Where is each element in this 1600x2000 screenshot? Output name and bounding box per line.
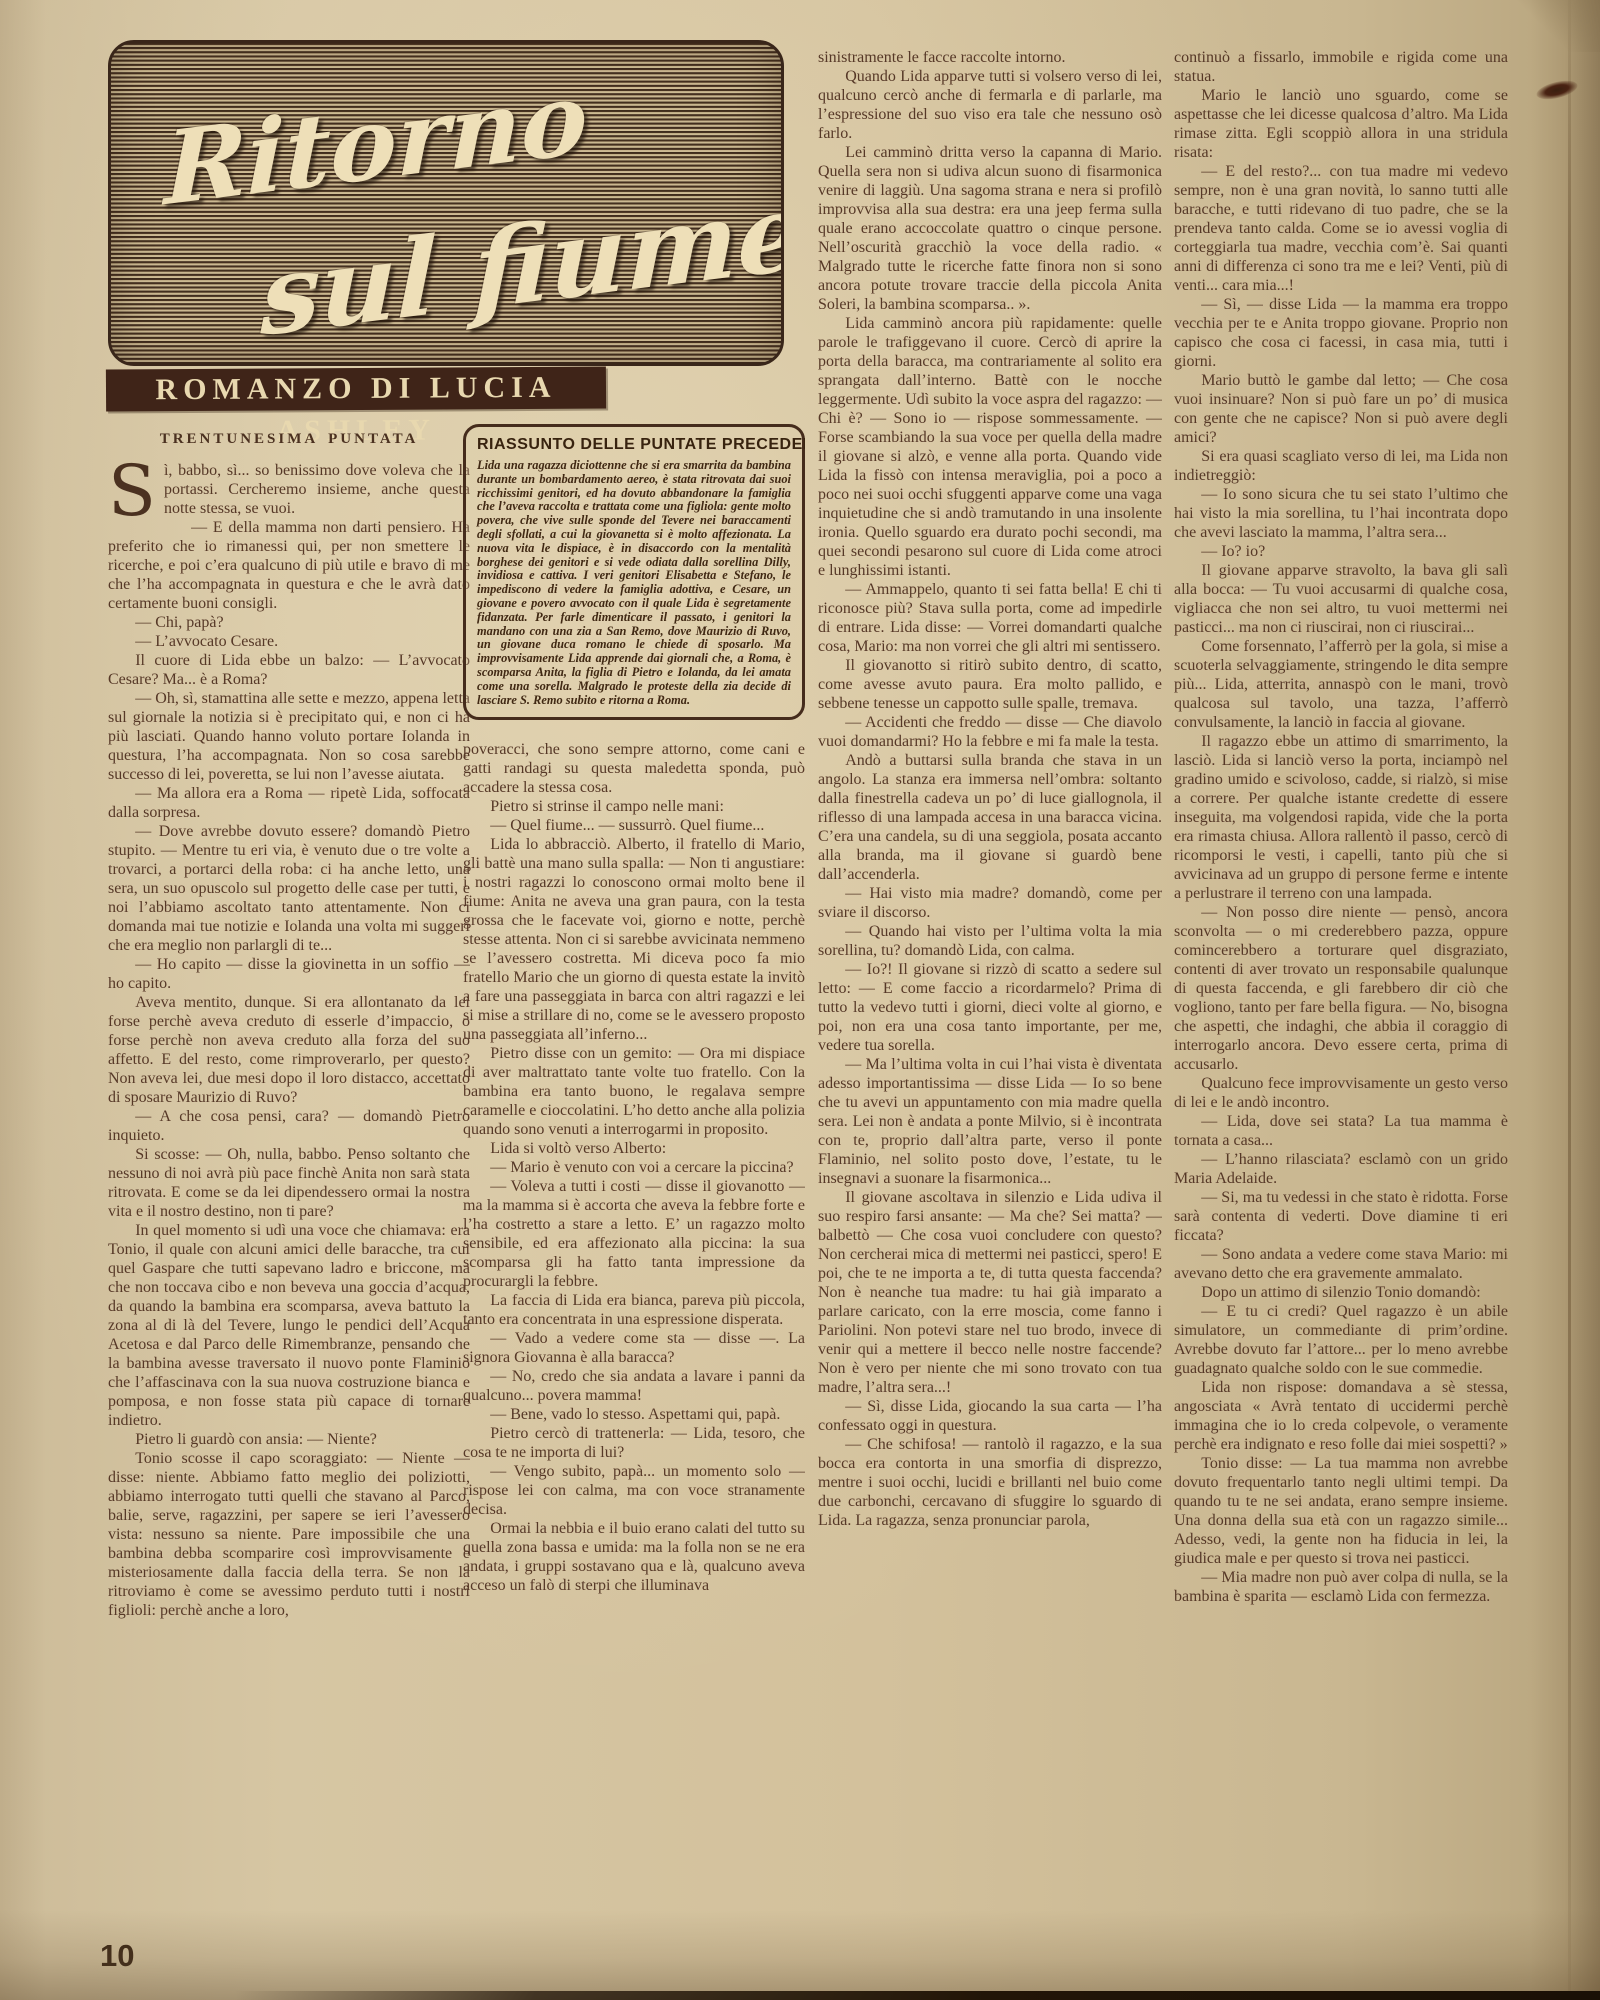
- paragraph: — A che cosa pensi, cara? — domandò Piet…: [108, 1107, 470, 1145]
- page-number: 10: [100, 1938, 134, 1974]
- column-3-text: sinistramente le facce raccolte intorno.…: [818, 48, 1162, 1530]
- page-edge-shadow-left: [0, 0, 46, 2000]
- paragraph: Il giovane apparve stravolto, la bava gl…: [1174, 561, 1508, 637]
- paragraph: — E tu ci credi? Quel ragazzo è un abile…: [1174, 1302, 1508, 1378]
- paragraph: — Lida, dove sei stata? La tua mamma è t…: [1174, 1112, 1508, 1150]
- paragraph: — Sì, disse Lida, giocando la sua carta …: [818, 1397, 1162, 1435]
- installment-heading: TRENTUNESIMA PUNTATA: [108, 430, 470, 449]
- paragraph: Aveva mentito, dunque. Si era allontanat…: [108, 993, 470, 1107]
- paragraph: — Sono andata a vedere come stava Mario:…: [1174, 1245, 1508, 1283]
- paragraph: In quel momento si udì una voce che chia…: [108, 1221, 470, 1430]
- paragraph: — L’avvocato Cesare.: [108, 632, 470, 651]
- paragraph: Lida non rispose: domandava a sè stessa,…: [1174, 1378, 1508, 1454]
- paragraph: Andò a buttarsi sulla branda che stava i…: [818, 751, 1162, 884]
- paragraph: Mario buttò le gambe dal letto; — Che co…: [1174, 371, 1508, 447]
- paragraph: — Mia madre non può aver colpa di nulla,…: [1174, 1568, 1508, 1606]
- paragraph: — Si, ma tu vedessi in che stato è ridot…: [1174, 1188, 1508, 1245]
- summary-box-body: Lida una ragazza diciottenne che si era …: [477, 459, 791, 707]
- paragraph: — Non posso dire niente — pensò, ancora …: [1174, 903, 1508, 1074]
- paragraph: poveracci, che sono sempre attorno, come…: [463, 740, 805, 797]
- paragraph: Il ragazzo ebbe un attimo di smarrimento…: [1174, 732, 1508, 903]
- title-script-line1: Ritorno: [164, 67, 589, 220]
- page-bottom-edge-band: [235, 1991, 1600, 2000]
- paragraph: — Io?! Il giovane si rizzò di scatto a s…: [818, 960, 1162, 1055]
- paragraph: continuò a fissarlo, immobile e rigida c…: [1174, 48, 1508, 86]
- paragraph: — Hai visto mia madre? domandò, come per…: [818, 884, 1162, 922]
- paragraph: — Che schifosa! — rantolò il ragazzo, e …: [818, 1435, 1162, 1530]
- column-1-text: — E della mamma non darti pensiero. Ha p…: [108, 518, 470, 1620]
- paragraph: Lida lo abbracciò. Alberto, il fratello …: [463, 835, 805, 1044]
- paragraph: La faccia di Lida era bianca, pareva più…: [463, 1291, 805, 1329]
- column-3: sinistramente le facce raccolte intorno.…: [818, 48, 1162, 1940]
- paragraph: Si scosse: — Oh, nulla, babbo. Penso sol…: [108, 1145, 470, 1221]
- drop-cap: S: [108, 461, 164, 519]
- paragraph: Il giovane ascoltava in silenzio e Lida …: [818, 1188, 1162, 1397]
- column-4-text: continuò a fissarlo, immobile e rigida c…: [1174, 48, 1508, 1606]
- paragraph: — Quel fiume... — sussurrò. Quel fiume..…: [463, 816, 805, 835]
- lead-paragraph: Sì, babbo, sì... so benissimo dove volev…: [108, 461, 470, 518]
- paragraph: Pietro cercò di trattenerla: — Lida, tes…: [463, 1424, 805, 1462]
- page-edge-shadow-right: [1530, 0, 1600, 2000]
- paragraph: — Bene, vado lo stesso. Aspettami qui, p…: [463, 1405, 805, 1424]
- paragraph: Lida camminò ancora più rapidamente: que…: [818, 314, 1162, 580]
- paragraph: — Sì, — disse Lida — la mamma era troppo…: [1174, 295, 1508, 371]
- title-plate: Ritorno sul fiume: [108, 40, 784, 366]
- paragraph: Mario le lanciò uno sguardo, come se asp…: [1174, 86, 1508, 162]
- column-4: continuò a fissarlo, immobile e rigida c…: [1174, 48, 1508, 1940]
- page-crease-right: [1568, 0, 1571, 2000]
- paragraph: — Accidenti che freddo — disse — Che dia…: [818, 713, 1162, 751]
- paragraph: — No, credo che sia andata a lavare i pa…: [463, 1367, 805, 1405]
- paragraph: Pietro si strinse il campo nelle mani:: [463, 797, 805, 816]
- paragraph: — E del resto?... con tua madre mi vedev…: [1174, 162, 1508, 295]
- ink-blot: [1535, 77, 1580, 103]
- paragraph: Il cuore di Lida ebbe un balzo: — L’avvo…: [108, 651, 470, 689]
- column-1: TRENTUNESIMA PUNTATA Sì, babbo, sì... so…: [108, 428, 470, 1940]
- paragraph: Pietro li guardò con ansia: — Niente?: [108, 1430, 470, 1449]
- paragraph: — Dove avrebbe dovuto essere? domandò Pi…: [108, 822, 470, 955]
- paragraph: sinistramente le facce raccolte intorno.: [818, 48, 1162, 67]
- paragraph: — Oh, sì, stamattina alle sette e mezzo,…: [108, 689, 470, 784]
- paragraph: — Ammappelo, quanto ti sei fatta bella! …: [818, 580, 1162, 656]
- paragraph: — Io? io?: [1174, 542, 1508, 561]
- summary-box: RIASSUNTO DELLE PUNTATE PRECEDENTI Lida …: [463, 424, 805, 720]
- paragraph: Il giovanotto si ritirò subito dentro, d…: [818, 656, 1162, 713]
- page-corner-fold: [1516, 0, 1600, 52]
- paragraph: — Voleva a tutti i costi — disse il giov…: [463, 1177, 805, 1291]
- column-2-text: poveracci, che sono sempre attorno, come…: [463, 740, 805, 1595]
- paragraph: — Quando hai visto per l’ultima volta la…: [818, 922, 1162, 960]
- paragraph: — Io sono sicura che tu sei stato l’ulti…: [1174, 485, 1508, 542]
- paragraph: Dopo un attimo di silenzio Tonio domandò…: [1174, 1283, 1508, 1302]
- paragraph: Si era quasi scagliato verso di lei, ma …: [1174, 447, 1508, 485]
- paragraph: — Ma allora era a Roma — ripetè Lida, so…: [108, 784, 470, 822]
- paragraph: Lei camminò dritta verso la capanna di M…: [818, 143, 1162, 314]
- paragraph: Qualcuno fece improvvisamente un gesto v…: [1174, 1074, 1508, 1112]
- paragraph: — Chi, papà?: [108, 613, 470, 632]
- paragraph: — Ma l’ultima volta in cui l’hai vista è…: [818, 1055, 1162, 1188]
- magazine-page: { "page_number": "10", "title": { "line1…: [0, 0, 1600, 2000]
- paragraph: — L’hanno rilasciata? esclamò con un gri…: [1174, 1150, 1508, 1188]
- paragraph: — E della mamma non darti pensiero. Ha p…: [108, 518, 470, 613]
- column-2: RIASSUNTO DELLE PUNTATE PRECEDENTI Lida …: [463, 424, 805, 1940]
- paragraph: — Vado a vedere come sta — disse —. La s…: [463, 1329, 805, 1367]
- paragraph: Ormai la nebbia e il buio erano calati d…: [463, 1519, 805, 1595]
- paragraph: — Ho capito — disse la giovinetta in un …: [108, 955, 470, 993]
- paragraph: Tonio disse: — La tua mamma non avrebbe …: [1174, 1454, 1508, 1568]
- byline-bar: ROMANZO DI LUCIA ASHLEY: [106, 366, 606, 411]
- paragraph: Tonio scosse il capo scoraggiato: — Nien…: [108, 1449, 470, 1620]
- summary-box-title: RIASSUNTO DELLE PUNTATE PRECEDENTI: [477, 435, 791, 454]
- paragraph: Come forsennato, l’afferrò per la gola, …: [1174, 637, 1508, 732]
- paragraph: Lida si voltò verso Alberto:: [463, 1139, 805, 1158]
- paragraph: — Vengo subito, papà... un momento solo …: [463, 1462, 805, 1519]
- paragraph: — Mario è venuto con voi a cercare la pi…: [463, 1158, 805, 1177]
- paragraph: Pietro disse con un gemito: — Ora mi dis…: [463, 1044, 805, 1139]
- lead-text: ì, babbo, sì... so benissimo dove voleva…: [164, 462, 470, 517]
- paragraph: Quando Lida apparve tutti si volsero ver…: [818, 67, 1162, 143]
